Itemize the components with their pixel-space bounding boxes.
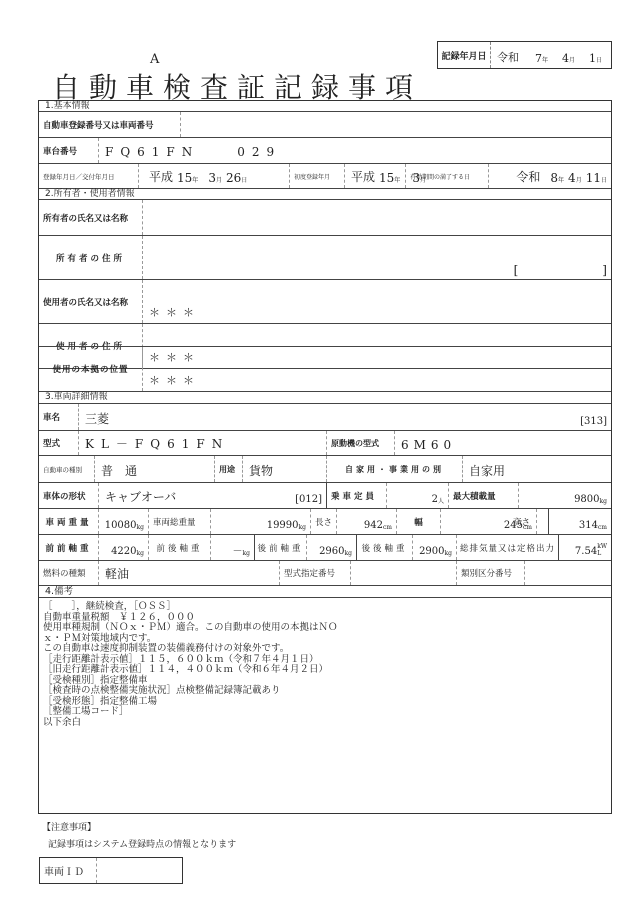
issue-date-label: 登録年月日／交付年月日 (39, 164, 139, 188)
model-value: KL－FQ61FN (79, 431, 327, 455)
month: 4 (562, 52, 569, 65)
unit: 日 (601, 177, 607, 184)
record-date-box: 記録年月日 令和 7年 4月 1日 (437, 41, 612, 69)
height-number: 314 (579, 520, 598, 531)
body-label: 車体の形状 (39, 483, 99, 508)
weight-value: 10080kg (99, 509, 149, 534)
gross-weight-label: 車両総重量 (149, 509, 211, 534)
notice-text: 記録事項はシステム登録時点の情報となります (48, 837, 236, 850)
ff-axle-label: 前前軸重 (39, 535, 99, 560)
use-label: 用途 (215, 456, 243, 482)
displacement-number: 7.54 (575, 546, 597, 557)
era: 令和 (497, 49, 519, 65)
unit: kg (345, 550, 352, 557)
type-number-label: 型式指定番号 (279, 561, 351, 585)
remarks-line: ［ ］，継続検査，［ＯＳＳ］ (43, 602, 611, 613)
era: 平成 (351, 168, 375, 185)
era: 平成 (149, 168, 173, 185)
rf-axle-number: 2960 (319, 546, 344, 557)
base-location-label: 使用の本拠の位置 (39, 347, 143, 391)
section3-header: 3.車両詳細情報 (39, 392, 611, 404)
use-value: 貨物 (243, 456, 327, 482)
remarks-line: ［検査時の点検整備実施状況］点検整備記録簿記載あり (43, 686, 611, 697)
section1-header: 1.基本情報 (39, 101, 611, 112)
month: 4 (568, 171, 576, 185)
width-label: 幅 (397, 509, 441, 534)
form-mark: A (150, 52, 159, 67)
max-load-label: 最大積載量 (449, 483, 519, 508)
max-load-number: 9800 (574, 494, 599, 505)
unit: kg (137, 524, 144, 531)
unit: 日 (241, 177, 247, 184)
unit: 月 (569, 57, 575, 64)
vehicle-id-value (97, 858, 182, 883)
remarks-area: ［ ］，継続検査，［ＯＳＳ］自動車重量税額 ￥１２６，０００使用車種規制（ＮＯｘ… (39, 598, 611, 813)
make-label: 車名 (39, 404, 79, 430)
private-business-value: 自家用 (463, 456, 611, 482)
unit: 年 (192, 177, 198, 184)
remarks-line: 使用車種規制（ＮＯｘ・ＰＭ）適合。この自動車の使用の本拠はＮＯ (43, 623, 611, 634)
displacement-label: 総排気量又は定格出力 (457, 535, 559, 560)
first-reg-label: 初度登録年月 (289, 164, 345, 188)
kind-value: 普 通 (95, 456, 215, 482)
day: 1 (589, 52, 596, 65)
chassis-label: 車台番号 (39, 138, 99, 163)
length-value: 942cm (337, 509, 397, 534)
make-row: 車名 三菱 [313] (39, 404, 611, 431)
unit: 年 (558, 177, 564, 184)
unit: kg (445, 550, 452, 557)
gross-weight-number: 19990 (267, 520, 299, 531)
year: 7 (535, 52, 542, 65)
body-row: 車体の形状 キャブオーバ [012] 乗車定員 2人 最大積載量 9800kg (39, 483, 611, 509)
unit: L (597, 550, 607, 557)
remarks-line: 以下余白 (43, 718, 611, 729)
displacement-value: 7.54kWL (559, 535, 611, 560)
length-label: 長さ (311, 509, 337, 534)
year: 15 (379, 171, 394, 185)
weight-label: 車両重量 (39, 509, 99, 534)
length-number: 942 (364, 520, 383, 531)
capacity-value: 2人 (387, 483, 449, 508)
fuel-row: 燃料の種類 軽油 型式指定番号 類別区分番号 (39, 561, 611, 586)
rr-axle-number: 2900 (419, 546, 444, 557)
fr-axle-label: 前後軸重 (149, 535, 211, 560)
expiry-label: 有効期間の満了する日 (405, 164, 489, 188)
unit: 年 (542, 57, 548, 64)
month: 3 (208, 171, 216, 185)
fr-axle-number: － (233, 542, 243, 557)
unit: kW (597, 543, 607, 550)
expiry-value: 令和 8年 4月 11日 (489, 164, 611, 188)
owner-name-value (143, 200, 611, 235)
address-code-bracket: [ ] (514, 261, 607, 278)
reg-number-value (181, 112, 611, 137)
model-row: 型式 KL－FQ61FN 原動機の型式 6M60 (39, 431, 611, 456)
year: 15 (177, 171, 192, 185)
engine-value: 6M60 (395, 431, 611, 455)
issue-date-value: 平成 15年 3月 26日 (139, 164, 289, 188)
ff-axle-value: 4220kg (99, 535, 149, 560)
chassis-value: FQ61FN 029 (99, 138, 611, 163)
owner-name-row: 所有者の氏名又は名称 (39, 200, 611, 236)
vehicle-id-box: 車両ＩＤ (39, 857, 183, 884)
unit: kg (600, 498, 607, 505)
day: 26 (226, 171, 241, 185)
axle-row: 前前軸重 4220kg 前後軸重 －kg 後前軸重 2960kg 後後軸重 29… (39, 535, 611, 561)
reg-number-row: 自動車登録番号又は車両番号 (39, 112, 611, 138)
user-name-label: 使用者の氏名又は名称 (39, 280, 143, 323)
private-business-label: 自家用・事業用の別 (327, 456, 463, 482)
reg-number-label: 自動車登録番号又は車両番号 (39, 112, 181, 137)
base-location-row-main: 使用の本拠の位置 ＊＊＊ (39, 346, 611, 392)
body-code: [012] (239, 483, 327, 508)
unit: 人 (438, 496, 444, 505)
notice-title: 【注意事項】 (42, 820, 96, 833)
chassis-row: 車台番号 FQ61FN 029 (39, 138, 611, 164)
user-name-value: ＊＊＊ (143, 280, 611, 323)
owner-address-label: 所有者の住所 (39, 236, 143, 279)
kind-label: 自動車の種別 (39, 456, 95, 482)
vehicle-id-label: 車両ＩＤ (40, 858, 97, 883)
era: 令和 (516, 168, 540, 185)
record-table: 1.基本情報 自動車登録番号又は車両番号 車台番号 FQ61FN 029 登録年… (38, 100, 612, 814)
weight-dims-row: 車両重量 10080kg 車両総重量 19990kg 長さ 942cm 幅 24… (39, 509, 611, 535)
unit: kg (137, 550, 144, 557)
record-date-value: 令和 7年 4月 1日 (491, 42, 611, 68)
height-value: 314cm (549, 509, 611, 534)
unit: 年 (394, 177, 400, 184)
user-name-row: 使用者の氏名又は名称 ＊＊＊ (39, 280, 611, 324)
capacity-label: 乗車定員 (327, 483, 387, 508)
year: 8 (550, 171, 558, 185)
owner-address-value: [ ] (143, 236, 611, 279)
owner-name-label: 所有者の氏名又は名称 (39, 200, 143, 235)
rf-axle-value: 2960kg (307, 535, 357, 560)
remarks-line: この自動車は速度抑制装置の装備義務付けの対象外です。 (43, 644, 611, 655)
base-location-value: ＊＊＊ (143, 347, 611, 391)
unit: 日 (596, 57, 602, 64)
ff-axle-number: 4220 (111, 546, 136, 557)
rf-axle-label: 後前軸重 (255, 535, 307, 560)
make-code: [313] (519, 404, 611, 430)
fuel-value: 軽油 (99, 561, 279, 585)
remarks-text: ［ ］，継続検査，［ＯＳＳ］自動車重量税額 ￥１２６，０００使用車種規制（ＮＯｘ… (39, 598, 611, 728)
fr-axle-value: －kg (211, 535, 255, 560)
remarks-line: ［整備工場コード］ (43, 707, 611, 718)
make-value: 三菱 (79, 404, 519, 430)
engine-label: 原動機の型式 (327, 431, 395, 455)
class-number-label: 類別区分番号 (457, 561, 525, 585)
rr-axle-label: 後後軸重 (357, 535, 413, 560)
unit: 月 (576, 177, 582, 184)
unit: 月 (216, 177, 222, 184)
unit: cm (383, 524, 392, 531)
record-date-label: 記録年月日 (438, 42, 491, 68)
rr-axle-value: 2900kg (413, 535, 457, 560)
owner-address-row: 所有者の住所 [ ] (39, 236, 611, 280)
max-load-value: 9800kg (519, 483, 611, 508)
fuel-label: 燃料の種類 (39, 561, 99, 585)
weight-number: 10080 (105, 520, 137, 531)
unit: cm (598, 524, 607, 531)
kind-row: 自動車の種別 普 通 用途 貨物 自家用・事業用の別 自家用 (39, 456, 611, 483)
class-number-value (525, 561, 611, 585)
gross-weight-value: 19990kg (211, 509, 311, 534)
height-label: 高さ (509, 509, 549, 534)
unit: kg (243, 550, 250, 557)
unit: kg (299, 524, 306, 531)
model-label: 型式 (39, 431, 79, 455)
dates-row: 登録年月日／交付年月日 平成 15年 3月 26日 初度登録年月 平成 15年 … (39, 164, 611, 189)
remarks-line: ［旧走行距離計表示値］１１４，４００ｋｍ（令和６年４月２日） (43, 665, 611, 676)
section2-header: 2.所有者・使用者情報 (39, 189, 611, 200)
day: 11 (586, 171, 601, 185)
type-number-value (351, 561, 457, 585)
section4-header: 4.備考 (39, 586, 611, 598)
